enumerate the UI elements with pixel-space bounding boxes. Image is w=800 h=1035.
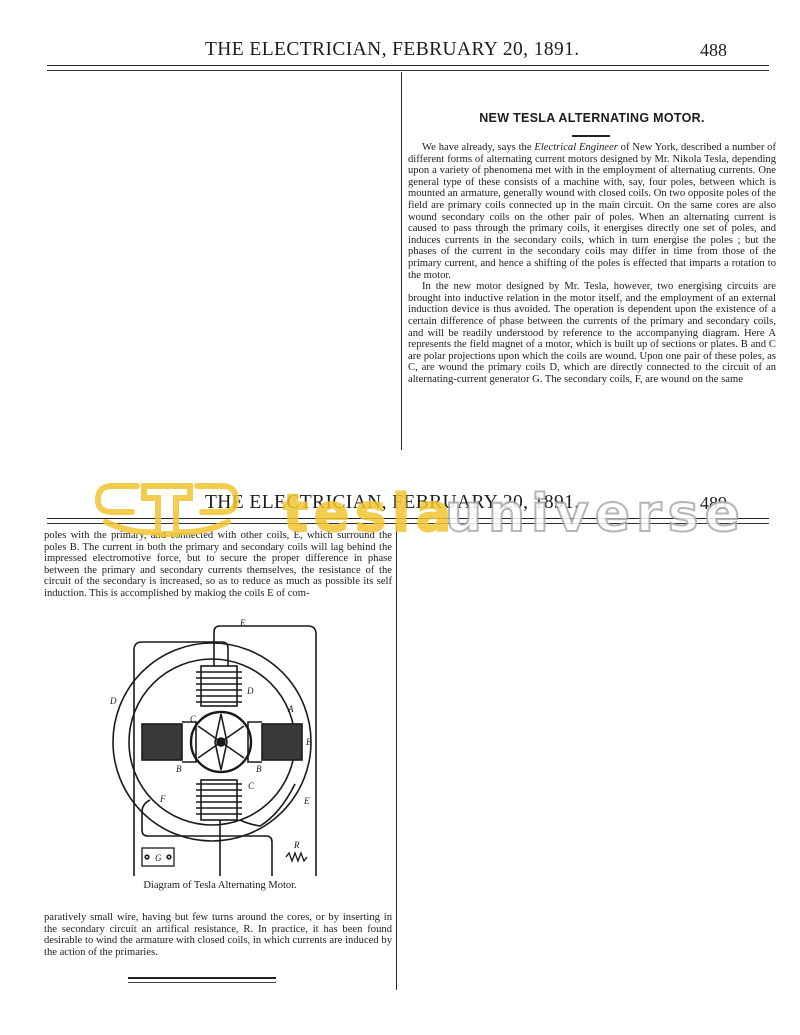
svg-text:G: G (155, 853, 162, 863)
page-header-488: THE ELECTRICIAN, FEBRUARY 20, 1891. 488 (47, 39, 769, 79)
svg-text:A: A (287, 704, 294, 714)
svg-text:F: F (159, 794, 166, 804)
header-rule (47, 65, 769, 66)
publication-name: Electrical Engineer (534, 142, 617, 153)
title-underline (572, 135, 610, 137)
svg-text:C: C (248, 781, 255, 791)
header-rule (47, 518, 769, 519)
svg-text:E: E (239, 618, 246, 628)
paragraph: paratively small wire, having but few tu… (44, 912, 392, 958)
figure-caption: Diagram of Tesla Alternating Motor. (40, 880, 400, 891)
svg-text:D: D (109, 696, 117, 706)
column-divider (401, 72, 402, 450)
svg-text:D: D (246, 686, 254, 696)
svg-text:E: E (305, 737, 312, 747)
motor-diagram: E D A D C E B B C F E G R (90, 614, 330, 876)
article-title: NEW TESLA ALTERNATING MOTOR. (407, 111, 777, 125)
header-rule (47, 523, 769, 524)
running-title: THE ELECTRICIAN, FEBRUARY 20, 1891. (205, 39, 580, 61)
paragraph: We have already, says the Electrical Eng… (408, 142, 776, 281)
page-number: 489 (700, 493, 727, 514)
paragraph: poles with the primary, and connected wi… (44, 530, 392, 600)
article-body-489-top: poles with the primary, and connected wi… (44, 530, 392, 600)
page-header-489: THE ELECTRICIAN, FEBRUARY 20, 1891. 489 (47, 492, 769, 532)
article-body-488: We have already, says the Electrical Eng… (408, 142, 776, 457)
header-rule (47, 70, 769, 71)
page-number: 488 (700, 40, 727, 61)
svg-text:C: C (190, 714, 197, 724)
svg-text:R: R (293, 840, 300, 850)
svg-text:B: B (176, 764, 182, 774)
column-divider (396, 525, 397, 990)
end-of-article-rule (128, 977, 276, 983)
article-body-489-bottom: paratively small wire, having but few tu… (44, 912, 392, 958)
paragraph: In the new motor designed by Mr. Tesla, … (408, 281, 776, 385)
svg-text:B: B (256, 764, 262, 774)
running-title: THE ELECTRICIAN, FEBRUARY 20, 1891. (205, 492, 580, 514)
svg-text:E: E (303, 796, 310, 806)
